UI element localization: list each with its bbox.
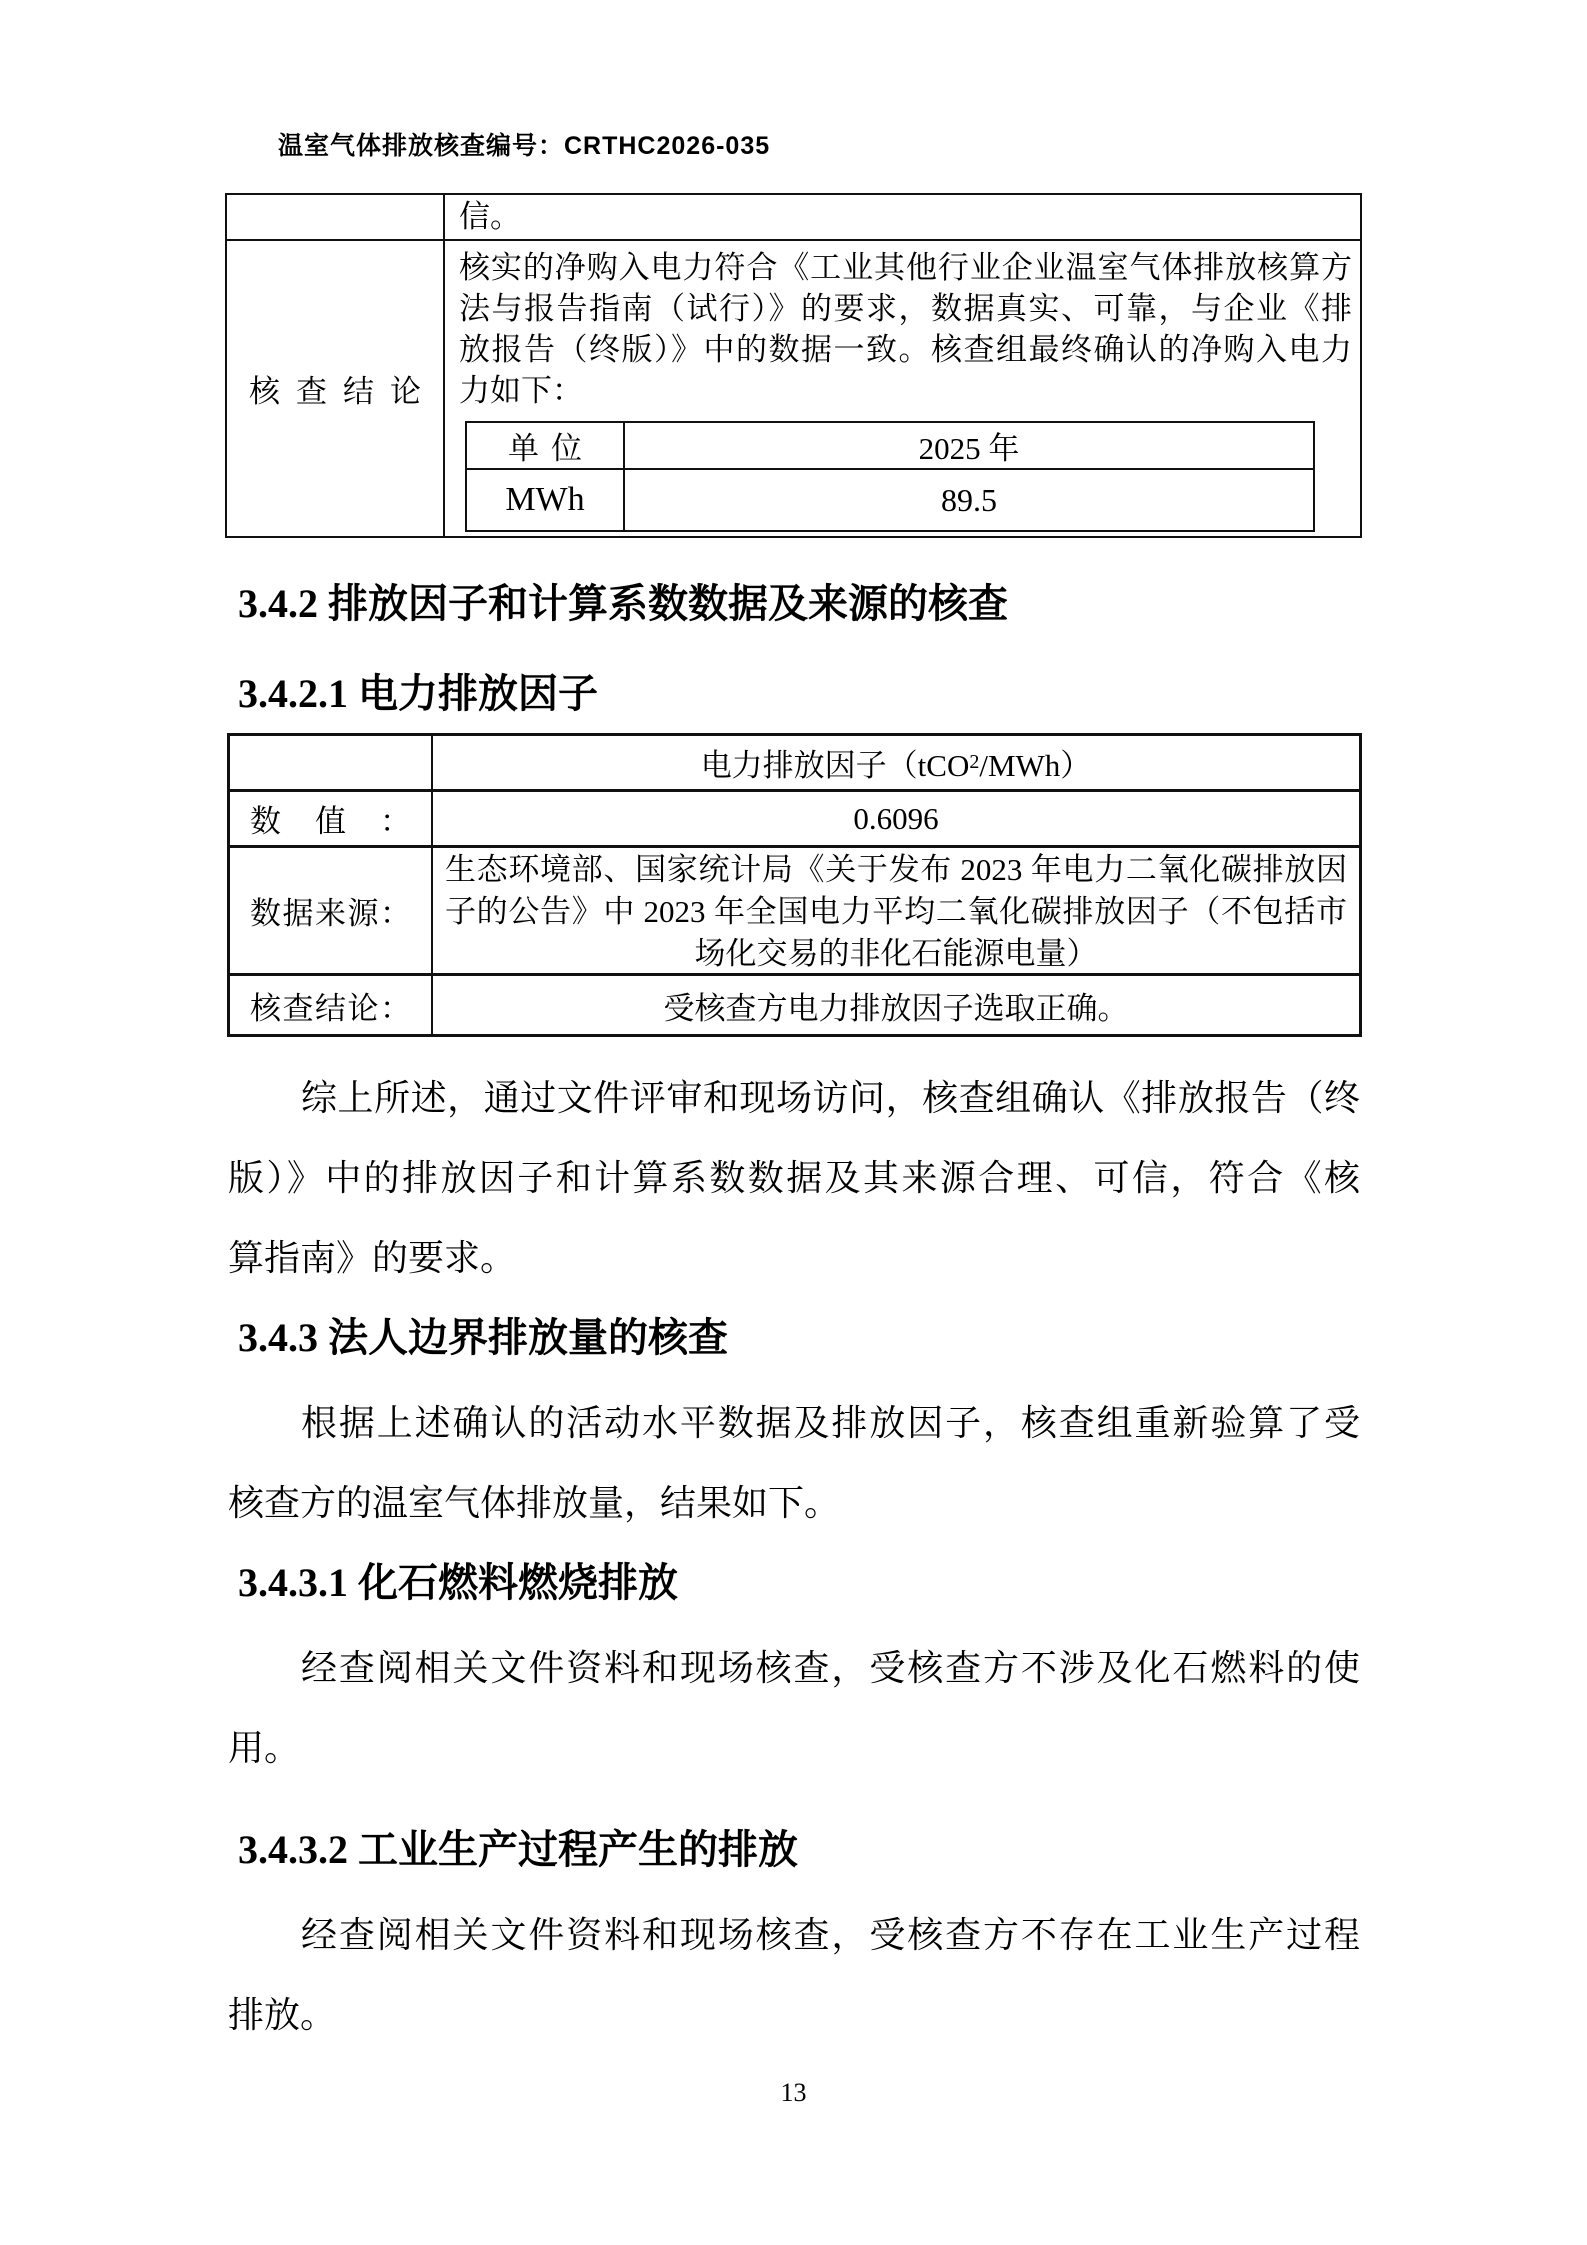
paragraph-line: 综上所述，通过文件评审和现场访问，核查组确认《排放报告（终: [228, 1058, 1360, 1138]
doc-number-header: 温室气体排放核查编号：CRTHC2026-035: [278, 126, 770, 162]
table-row: MWh 89.5: [467, 470, 1313, 530]
conclusion-label: 核查结论：: [230, 983, 431, 1028]
year-header-cell: 2025 年: [625, 423, 1313, 468]
value-label-cell: 数值：: [230, 792, 433, 845]
value-label: 数值：: [230, 796, 431, 841]
continuation-text-cell: 信。: [445, 195, 1360, 239]
co2-subscript: 2: [969, 751, 979, 774]
table-row: 核查结论 核实的净购入电力符合《工业其他行业企业温室气体排放核算方 法与报告指南…: [227, 241, 1360, 536]
source-label: 数据来源：: [230, 888, 431, 933]
paragraph-fossil-fuel: 经查阅相关文件资料和现场核查，受核查方不涉及化石燃料的使 用。: [228, 1628, 1360, 1788]
source-cell: 生态环境部、国家统计局《关于发布 2023 年电力二氧化碳排放因 子的公告》中 …: [433, 848, 1359, 973]
unit-header-cell: 单位: [467, 423, 625, 468]
conclusion-label-cell: 核查结论：: [230, 976, 433, 1034]
conclusion-content-cell: 核实的净购入电力符合《工业其他行业企业温室气体排放核算方 法与报告指南（试行）》…: [445, 241, 1360, 536]
section-heading-3-4-3-1: 3.4.3.1 化石燃料燃烧排放: [238, 1560, 678, 1606]
conclusion-text-line: 放报告（终版）》中的数据一致。核查组最终确认的净购入电力: [459, 329, 1352, 370]
table-row: 单位 2025 年: [467, 423, 1313, 470]
conclusion-label: 核查结论: [227, 366, 443, 411]
conclusion-value-cell: 受核查方电力排放因子选取正确。: [433, 976, 1359, 1034]
paragraph-industrial-process: 经查阅相关文件资料和现场核查，受核查方不存在工业生产过程 排放。: [228, 1895, 1360, 2055]
table-row: 信。: [227, 195, 1360, 241]
electricity-emission-factor-table: 电力排放因子（tCO2/MWh） 数值： 0.6096 数据来源： 生态环境部、…: [227, 733, 1362, 1037]
table-row: 数值： 0.6096: [230, 792, 1359, 848]
section-heading-3-4-2-1: 3.4.2.1 电力排放因子: [238, 671, 598, 717]
value-cell: 0.6096: [433, 792, 1359, 845]
paragraph-line: 排放。: [228, 1975, 1360, 2055]
factor-header-text: 电力排放因子（tCO: [701, 740, 970, 785]
paragraph-line: 版）》中的排放因子和计算系数数据及其来源合理、可信，符合《核: [228, 1138, 1360, 1218]
source-label-cell: 数据来源：: [230, 848, 433, 973]
source-text-line: 生态环境部、国家统计局《关于发布 2023 年电力二氧化碳排放因: [445, 849, 1347, 891]
paragraph-line: 用。: [228, 1708, 1360, 1788]
unit-value-cell: MWh: [467, 470, 625, 530]
section-heading-3-4-3-2: 3.4.3.2 工业生产过程产生的排放: [238, 1827, 798, 1873]
conclusion-text-line: 力如下：: [459, 370, 1352, 411]
paragraph-line: 根据上述确认的活动水平数据及排放因子，核查组重新验算了受: [228, 1383, 1360, 1463]
section-heading-3-4-2: 3.4.2 排放因子和计算系数数据及来源的核查: [238, 581, 1008, 627]
empty-label-cell: [227, 195, 445, 239]
conclusion-text-line: 核实的净购入电力符合《工业其他行业企业温室气体排放核算方: [459, 247, 1352, 288]
section-heading-3-4-3: 3.4.3 法人边界排放量的核查: [238, 1315, 728, 1361]
paragraph-line: 经查阅相关文件资料和现场核查，受核查方不存在工业生产过程: [228, 1895, 1360, 1975]
paragraph-line: 经查阅相关文件资料和现场核查，受核查方不涉及化石燃料的使: [228, 1628, 1360, 1708]
paragraph-summary: 综上所述，通过文件评审和现场访问，核查组确认《排放报告（终 版）》中的排放因子和…: [228, 1058, 1360, 1298]
paragraph-recalculation: 根据上述确认的活动水平数据及排放因子，核查组重新验算了受 核查方的温室气体排放量…: [228, 1383, 1360, 1543]
empty-header-cell: [230, 736, 433, 789]
paragraph-line: 算指南》的要求。: [228, 1218, 1360, 1298]
table-row: 电力排放因子（tCO2/MWh）: [230, 736, 1359, 792]
verification-conclusion-table: 信。 核查结论 核实的净购入电力符合《工业其他行业企业温室气体排放核算方 法与报…: [225, 193, 1362, 538]
conclusion-label-cell: 核查结论: [227, 241, 445, 536]
source-text-line: 子的公告》中 2023 年全国电力平均二氧化碳排放因子（不包括市: [445, 891, 1347, 933]
factor-header-cell: 电力排放因子（tCO2/MWh）: [433, 736, 1359, 789]
paragraph-line: 核查方的温室气体排放量，结果如下。: [228, 1463, 1360, 1543]
factor-header-unit: /MWh）: [979, 740, 1091, 785]
conclusion-text-line: 法与报告指南（试行）》的要求，数据真实、可靠，与企业《排: [459, 288, 1352, 329]
source-text-line: 场化交易的非化石能源电量）: [445, 933, 1347, 975]
table-row: 数据来源： 生态环境部、国家统计局《关于发布 2023 年电力二氧化碳排放因 子…: [230, 848, 1359, 976]
net-electricity-table: 单位 2025 年 MWh 89.5: [465, 421, 1315, 532]
page-number: 13: [0, 2078, 1587, 2108]
year-value-cell: 89.5: [625, 470, 1313, 530]
table-row: 核查结论： 受核查方电力排放因子选取正确。: [230, 976, 1359, 1034]
